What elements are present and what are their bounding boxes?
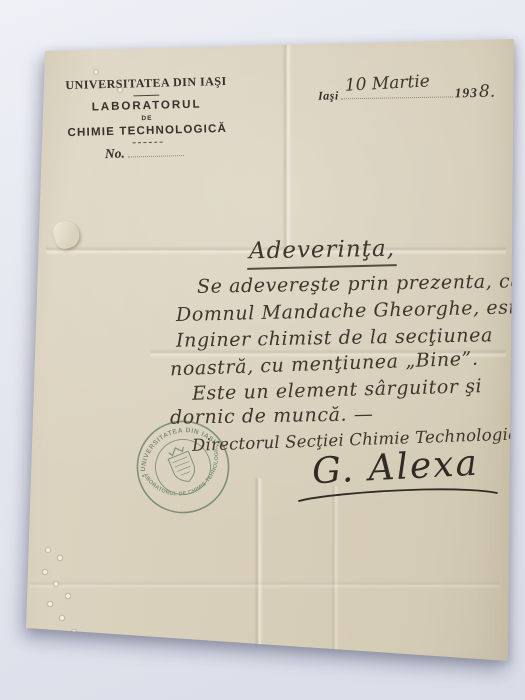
vertical-fold-crease <box>282 39 292 257</box>
number-dotted-blank <box>128 145 184 157</box>
letterhead: UNIVERSITATEA DIN IAŞI LABORATORUL DE CH… <box>55 74 239 164</box>
paper-shadow-wrap: UNIVERSITATEA DIN IAŞI LABORATORUL DE CH… <box>0 0 525 700</box>
letterhead-rule <box>133 95 159 97</box>
body-line: dornic de muncă. — <box>170 403 374 429</box>
letterhead-laboratory: LABORATORUL <box>56 98 238 115</box>
document-paper: UNIVERSITATEA DIN IAŞI LABORATORUL DE CH… <box>0 0 525 700</box>
title-underline <box>247 264 397 270</box>
signature: G. Alexa <box>311 443 480 493</box>
body-line: Se adevereşte prin prezenta, că <box>197 270 523 298</box>
letterhead-chemistry: CHIMIE TECHNOLOGICĂ <box>56 123 238 140</box>
document-number-row: No. <box>57 143 239 164</box>
dateline-year-printed: 193 <box>455 85 479 101</box>
horizontal-fold-crease <box>30 581 500 589</box>
number-label: No. <box>105 146 125 163</box>
letterhead-dashed-rule <box>133 142 163 144</box>
letterhead-university: UNIVERSITATEA DIN IAŞI <box>55 74 237 94</box>
body-line: Domnul Mandache Gheorghe, este <box>176 296 525 326</box>
vertical-fold-crease <box>331 486 339 658</box>
dateline-dotted-blank: 10 Martie <box>341 85 453 99</box>
perforation-marks <box>36 542 106 646</box>
signature-flourish-line <box>293 486 503 508</box>
handwritten-date: 10 Martie <box>344 71 430 95</box>
handwritten-year-digit: 8. <box>479 82 496 102</box>
body-line: Este un element sârguitor şi <box>192 375 483 405</box>
body-line: noastră, cu menţiunea „Bine”. <box>170 348 479 381</box>
photo-background: UNIVERSITATEA DIN IAŞI LABORATORUL DE CH… <box>0 0 525 700</box>
handwritten-title: Adeverinţa, <box>249 236 395 265</box>
dateline-city: Iaşi <box>318 88 339 103</box>
torn-paper-flap <box>50 218 82 251</box>
body-line: Inginer chimist de la secţiunea <box>176 324 493 352</box>
vertical-fold-crease <box>254 478 263 656</box>
dateline: Iaşi 10 Martie 193 8. <box>318 81 518 104</box>
